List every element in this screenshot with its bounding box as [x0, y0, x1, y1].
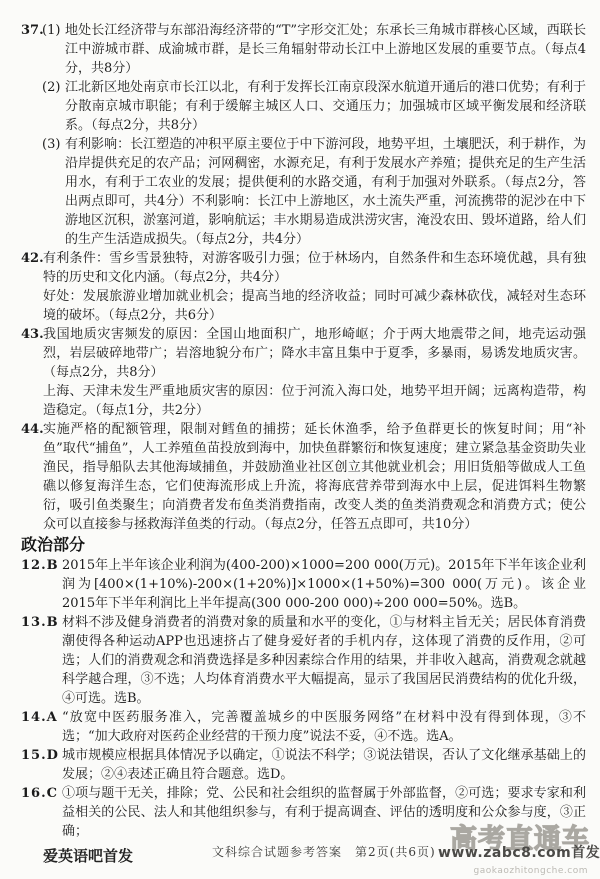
question-number-42: 42. — [21, 249, 44, 268]
answer-42: 42. 有利条件：雪乡雪景独特，对游客吸引力强；位于林场内，自然条件和生态环境优… — [0, 249, 586, 325]
answer-text: “放宽中医药服务准入，完善覆盖城乡的中医服务网络”在材料中没有得到体现，③不选；… — [62, 710, 586, 744]
answer-paragraph: 有利条件：雪乡雪景独特，对游客吸引力强；位于林场内，自然条件和生态环境优越，具有… — [43, 249, 586, 287]
question-number-16C: 16.C — [21, 784, 58, 803]
answer-text: 2015年上半年该企业利润为(400-200)×1000=200 000(万元)… — [62, 558, 586, 611]
answer-text: 地处长江经济带与东部沿海经济带的“T”字形交汇处；东承长三角城市群核心区域，西联… — [65, 23, 586, 76]
answer-paragraph: 我国地质灾害频发的原因：全国山地面积广，地形崎岖；介于两大地震带之间，地壳运动强… — [43, 325, 586, 382]
answer-43: 43. 我国地质灾害频发的原因：全国山地面积广，地形崎岖；介于两大地震带之间，地… — [0, 325, 586, 420]
answer-text: 城市规模应根据具体情况予以确定，①说法不科学；③说法错误，否认了文化继承基础上的… — [62, 748, 586, 782]
question-number-15D: 15.D — [21, 746, 59, 765]
answer-text: 江北新区地处南京市长江以北，有利于发挥长江南京段深水航道开通后的港口优势；有利于… — [65, 80, 586, 133]
answers-content: 37. (1) 地处长江经济带与东部沿海经济带的“T”字形交汇处；东承长三角城市… — [0, 21, 586, 841]
answer-text: 材料不涉及健身消费者的消费对象的质量和水平的变化，①与材料主旨无关；居民体育消费… — [62, 615, 586, 706]
answer-37-1: 37. (1) 地处长江经济带与东部沿海经济带的“T”字形交汇处；东承长三角城市… — [0, 21, 586, 78]
section-header-politics: 政治部分 — [0, 534, 586, 556]
answer-14: 14.A “放宽中医药服务准入，完善覆盖城乡的中医服务网络”在材料中没有得到体现… — [0, 708, 586, 746]
sub-marker-3: (3) — [42, 135, 60, 154]
question-number-37: 37. — [21, 21, 44, 40]
answer-paragraph: 好处：发展旅游业增加就业机会；提高当地的经济收益；同时可减少森林砍伐，减轻对生态… — [43, 287, 586, 325]
footer-source-label: 爱英语吧首发 — [43, 847, 133, 866]
answer-paragraph: 实施严格的配额管理，限制对鳕鱼的捕捞；延长休渔季，给予鱼群更长的恢复时间；用“补… — [43, 420, 586, 534]
sub-marker-1: (1) — [42, 21, 60, 40]
answer-12: 12.B 2015年上半年该企业利润为(400-200)×1000=200 00… — [0, 556, 586, 613]
answer-37-2: (2) 江北新区地处南京市长江以北，有利于发挥长江南京段深水航道开通后的港口优势… — [0, 78, 586, 135]
sub-marker-2: (2) — [42, 78, 60, 97]
watermark-domain-text: gaokaozhitongche.com — [474, 862, 588, 879]
question-number-12B: 12.B — [21, 556, 59, 575]
watermark: 高考直通车 www.zabc8.com首发 gaokaozhitongche.c… — [442, 826, 592, 874]
answer-paragraph: 上海、天津未发生严重地质灾害的原因：位于河流入海口处，地势平坦开阔；远离构造带，… — [43, 382, 586, 420]
answer-sheet-page: 37. (1) 地处长江经济带与东部沿海经济带的“T”字形交汇处；东承长三角城市… — [0, 0, 600, 879]
answer-13: 13.B 材料不涉及健身消费者的消费对象的质量和水平的变化，①与材料主旨无关；居… — [0, 613, 586, 708]
watermark-url-text: www.zabc8.com首发 — [438, 844, 600, 863]
question-number-43: 43. — [21, 325, 44, 344]
question-number-44: 44. — [21, 420, 44, 439]
footer-page-info: 文科综合试题参考答案 第2页(共6页) — [212, 843, 436, 862]
answer-text: 有利影响：长江塑造的冲积平原主要位于中下游河段，地势平坦，土壤肥沃，利于耕作，为… — [65, 137, 586, 247]
question-number-14A: 14.A — [21, 708, 58, 727]
question-number-13B: 13.B — [21, 613, 59, 632]
answer-37-3: (3) 有利影响：长江塑造的冲积平原主要位于中下游河段，地势平坦，土壤肥沃，利于… — [0, 135, 586, 249]
answer-15: 15.D 城市规模应根据具体情况予以确定，①说法不科学；③说法错误，否认了文化继… — [0, 746, 586, 784]
answer-44: 44. 实施严格的配额管理，限制对鳕鱼的捕捞；延长休渔季，给予鱼群更长的恢复时间… — [0, 420, 586, 534]
